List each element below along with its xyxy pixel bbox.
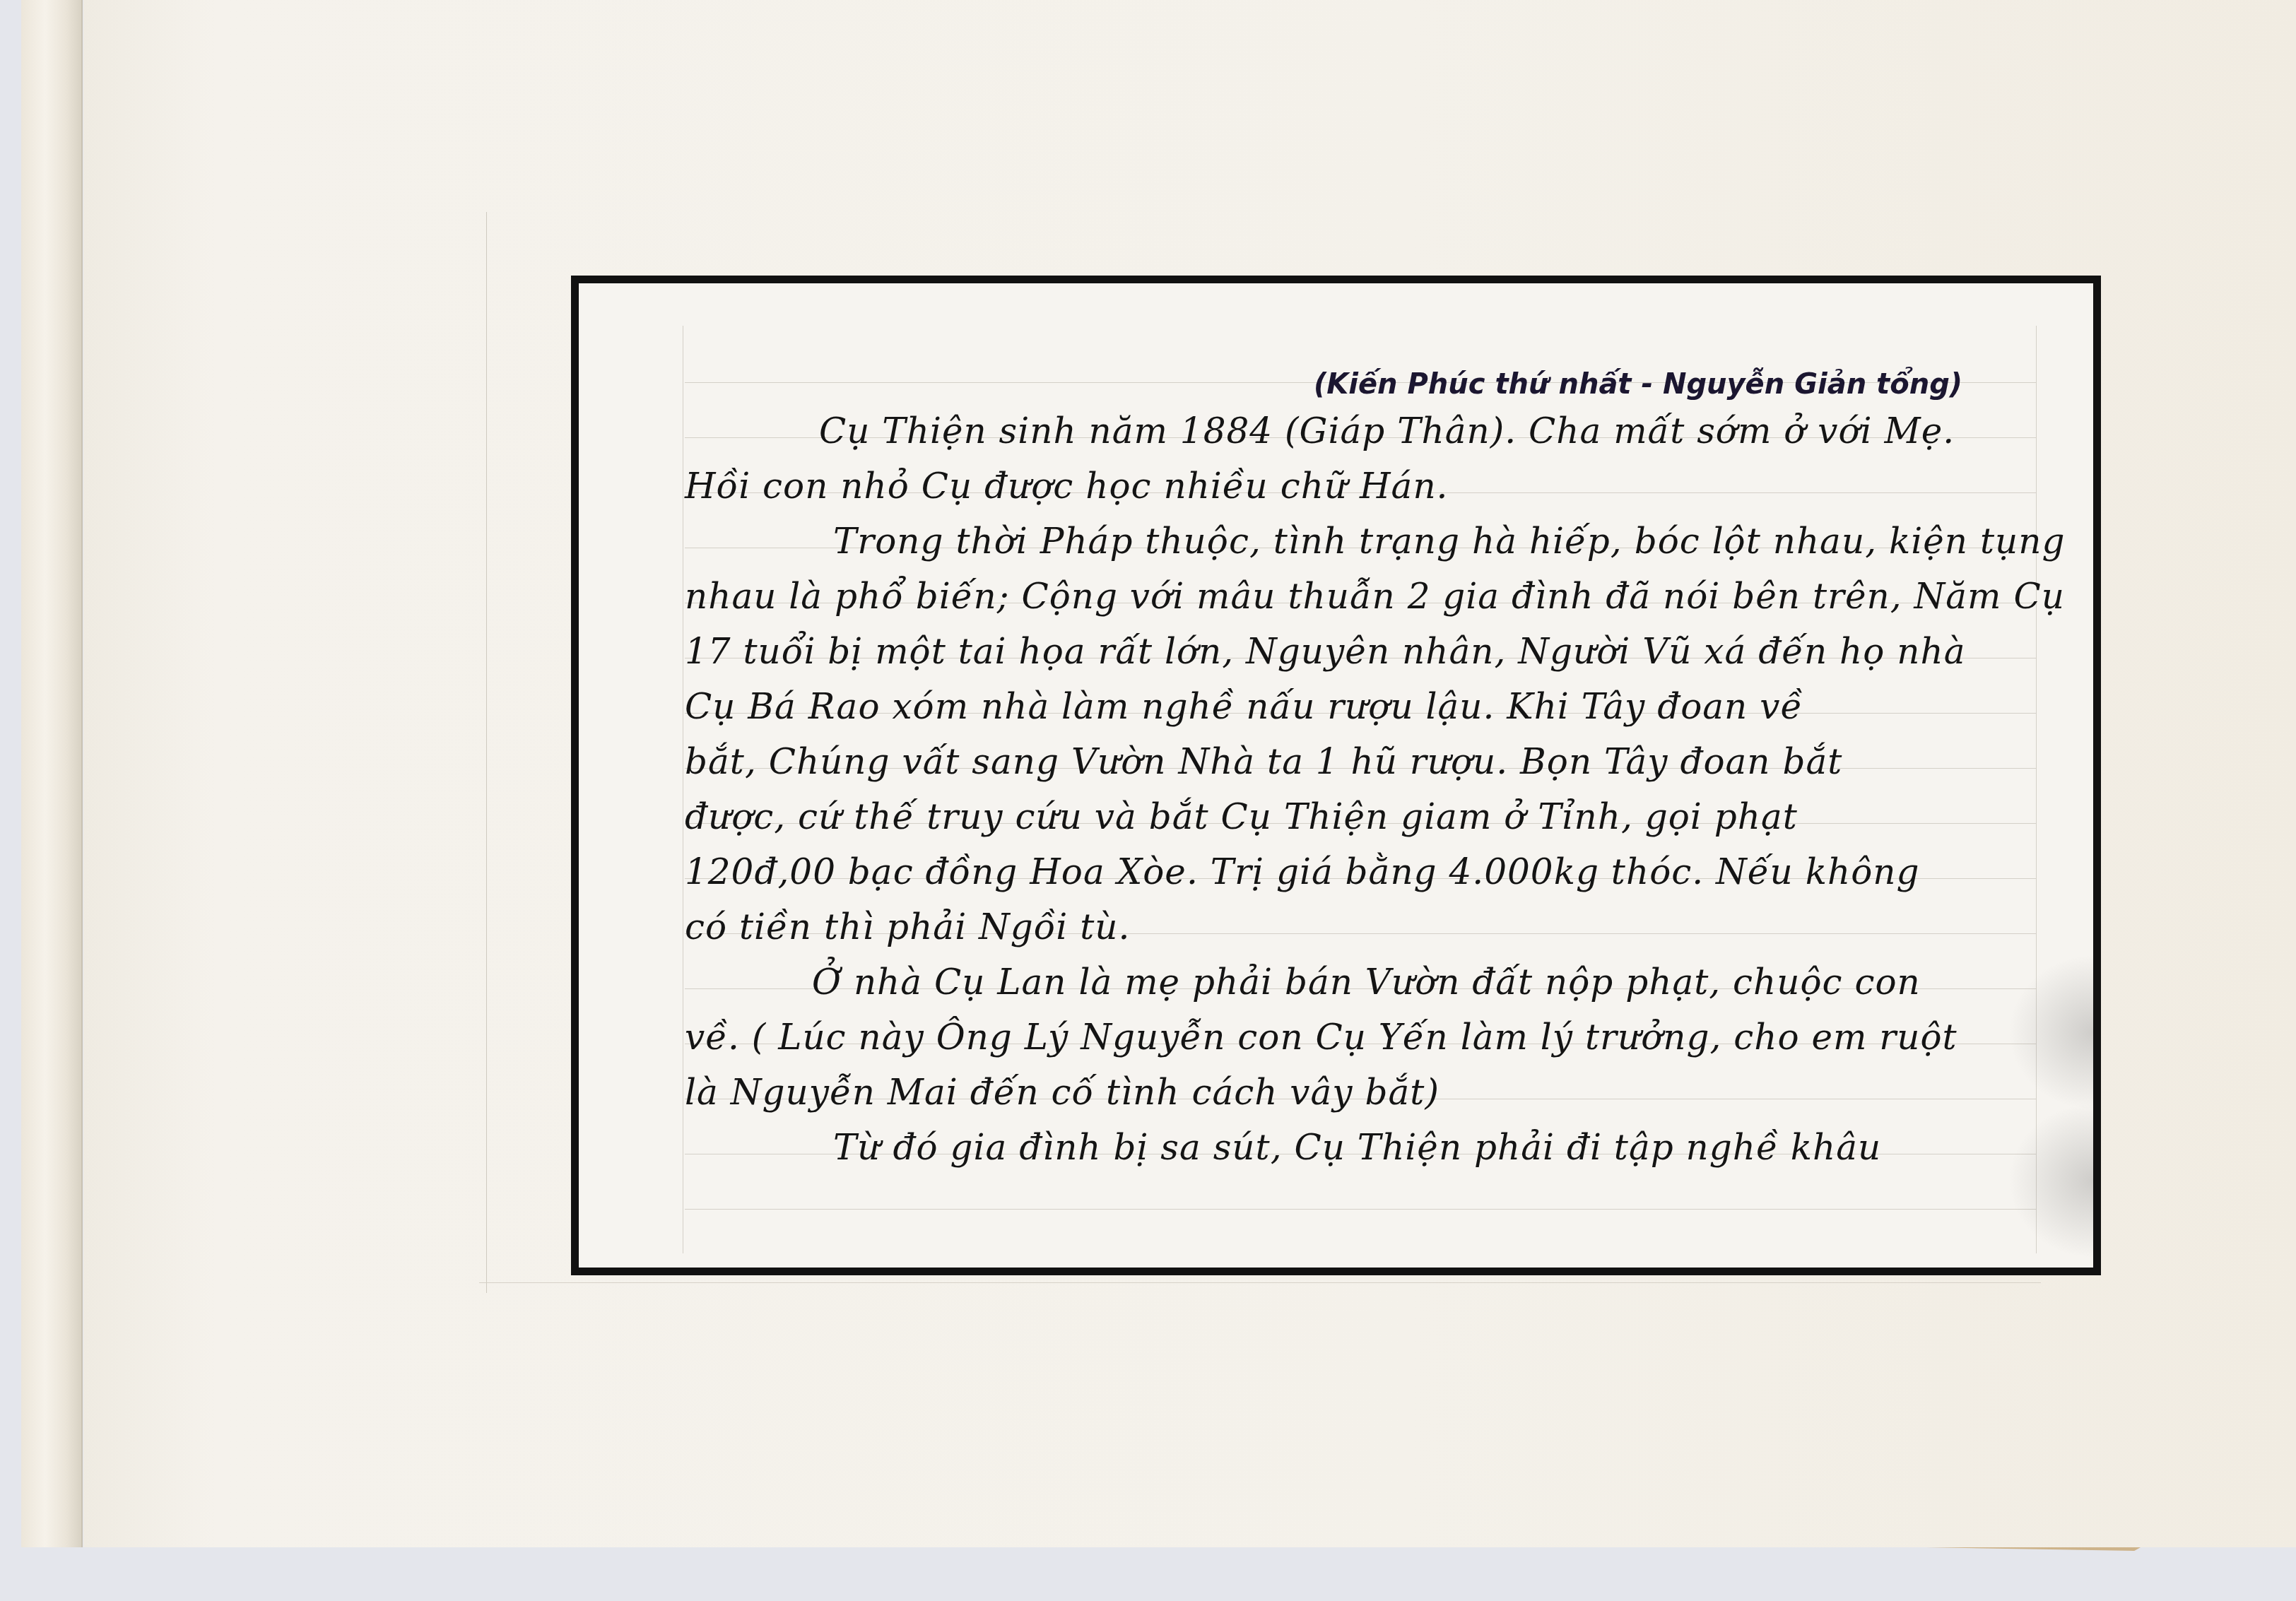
pencil-guide-bottom: [479, 1282, 2041, 1283]
text-line: có tiền thì phải Ngồi tù.: [685, 906, 1130, 947]
text-line: Hồi con nhỏ Cụ được học nhiều chữ Hán.: [685, 466, 1449, 507]
ruled-line: [685, 1209, 2037, 1210]
text-frame: (Kiến Phúc thứ nhất - Nguyễn Giản tổng) …: [571, 276, 2101, 1275]
pencil-guide-left: [486, 212, 487, 1293]
text-line: Trong thời Pháp thuộc, tình trạng hà hiế…: [833, 521, 2065, 562]
notebook-page: (Kiến Phúc thứ nhất - Nguyễn Giản tổng) …: [83, 0, 2296, 1547]
text-line: Từ đó gia đình bị sa sút, Cụ Thiện phải …: [833, 1127, 1881, 1168]
text-line: là Nguyễn Mai đến cố tình cách vây bắt): [685, 1072, 1440, 1113]
annotation-note: (Kiến Phúc thứ nhất - Nguyễn Giản tổng): [1314, 368, 1962, 401]
book-spine: [21, 0, 83, 1547]
text-line: 17 tuổi bị một tai họa rất lớn, Nguyên n…: [685, 631, 1966, 672]
left-margin-rule: [683, 326, 683, 1253]
text-line: Cụ Thiện sinh năm 1884 (Giáp Thân). Cha …: [819, 410, 1955, 451]
text-line: được, cứ thế truy cứu và bắt Cụ Thiện gi…: [685, 796, 1798, 837]
text-line: về. ( Lúc này Ông Lý Nguyễn con Cụ Yến l…: [685, 1017, 1958, 1058]
text-line: 120đ,00 bạc đồng Hoa Xòe. Trị giá bằng 4…: [685, 851, 1919, 892]
text-line: Ở nhà Cụ Lan là mẹ phải bán Vườn đất nộp…: [812, 962, 1921, 1003]
pencil-smudge: [2008, 1103, 2093, 1258]
text-line: nhau là phổ biến; Cộng với mâu thuẫn 2 g…: [685, 576, 2065, 617]
text-line: Cụ Bá Rao xóm nhà làm nghề nấu rượu lậu.…: [685, 686, 1803, 727]
pencil-smudge: [2008, 955, 2093, 1110]
text-line: bắt, Chúng vất sang Vườn Nhà ta 1 hũ rượ…: [685, 741, 1842, 782]
